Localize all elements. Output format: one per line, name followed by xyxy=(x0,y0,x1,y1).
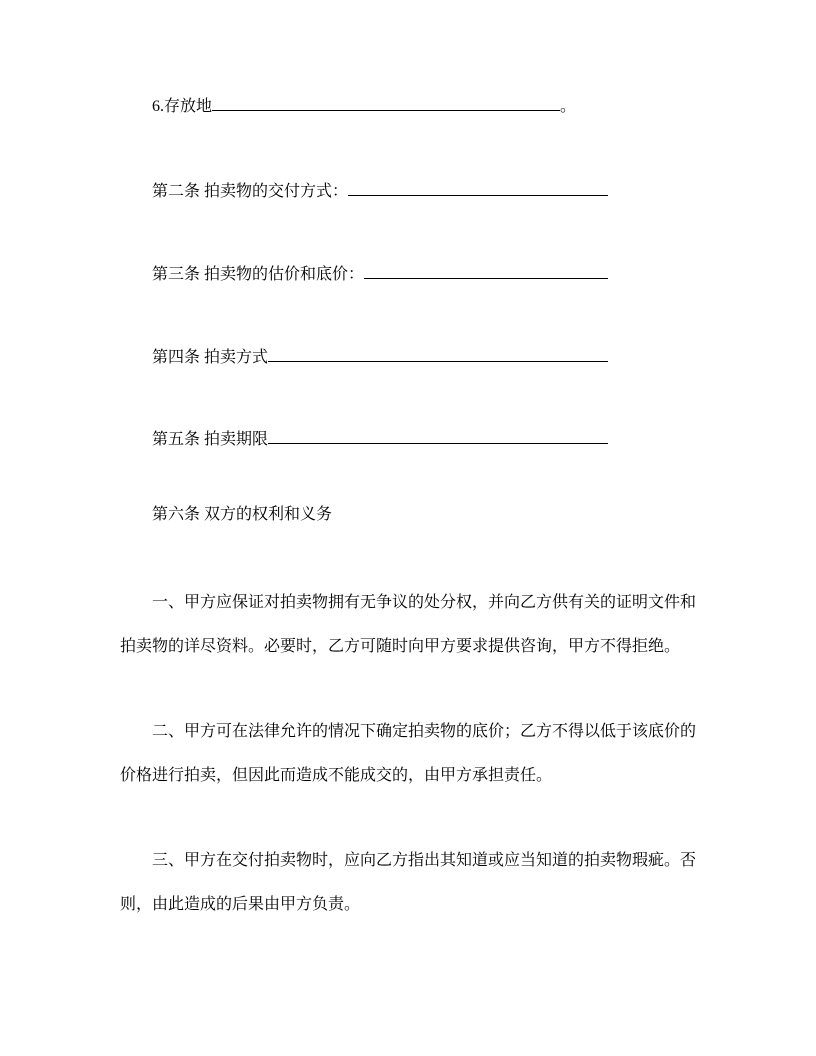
blank-underline[interactable] xyxy=(268,345,608,362)
paragraph-article6-item-1: 一、甲方应保证对拍卖物拥有无争议的处分权，并向乙方供有关的证明文件和 拍卖物的详… xyxy=(120,581,697,669)
fill-line-article-2-delivery: 第二条 拍卖物的交付方式： xyxy=(152,170,608,214)
paragraph-article6-item-3: 三、甲方在交付拍卖物时，应向乙方指出其知道或应当知道的拍卖物瑕疵。否 则，由此造… xyxy=(120,839,697,927)
fill-line-label: 第五条 拍卖期限 xyxy=(152,418,268,462)
paragraph-line: 一、甲方应保证对拍卖物拥有无争议的处分权，并向乙方供有关的证明文件和 xyxy=(120,581,697,625)
fill-line-article-5-auction-term: 第五条 拍卖期限 xyxy=(152,418,608,462)
blank-underline[interactable] xyxy=(268,427,608,444)
fill-line-label: 6.存放地 xyxy=(152,85,212,129)
fill-line-article-3-valuation: 第三条 拍卖物的估价和底价： xyxy=(152,253,608,297)
paragraph-line: 三、甲方在交付拍卖物时，应向乙方指出其知道或应当知道的拍卖物瑕疵。否 xyxy=(120,839,697,883)
paragraph-article6-item-2: 二、甲方可在法律允许的情况下确定拍卖物的底价；乙方不得以低于该底价的 价格进行拍… xyxy=(120,710,697,798)
paragraph-line: 则，由此造成的后果由甲方负责。 xyxy=(120,883,697,927)
paragraph-line: 二、甲方可在法律允许的情况下确定拍卖物的底价；乙方不得以低于该底价的 xyxy=(120,710,697,754)
fill-line-label: 第二条 拍卖物的交付方式： xyxy=(152,170,348,214)
fill-line-storage-location: 6.存放地 。 xyxy=(152,85,576,129)
paragraph-line: 价格进行拍卖，但因此而造成不能成交的，由甲方承担责任。 xyxy=(120,754,697,798)
fill-line-label: 第三条 拍卖物的估价和底价： xyxy=(152,253,364,297)
blank-underline[interactable] xyxy=(348,179,608,196)
blank-underline[interactable] xyxy=(364,262,608,279)
contract-document-page: 6.存放地 。 第二条 拍卖物的交付方式： 第三条 拍卖物的估价和底价： 第四条… xyxy=(0,0,816,1056)
fill-line-suffix: 。 xyxy=(560,85,576,129)
paragraph-line: 拍卖物的详尽资料。必要时，乙方可随时向甲方要求提供咨询，甲方不得拒绝。 xyxy=(120,625,697,669)
heading-article-6-rights-obligations: 第六条 双方的权利和义务 xyxy=(152,493,697,537)
fill-line-article-4-auction-method: 第四条 拍卖方式 xyxy=(152,336,608,380)
fill-line-label: 第四条 拍卖方式 xyxy=(152,336,268,380)
blank-underline[interactable] xyxy=(212,94,560,111)
